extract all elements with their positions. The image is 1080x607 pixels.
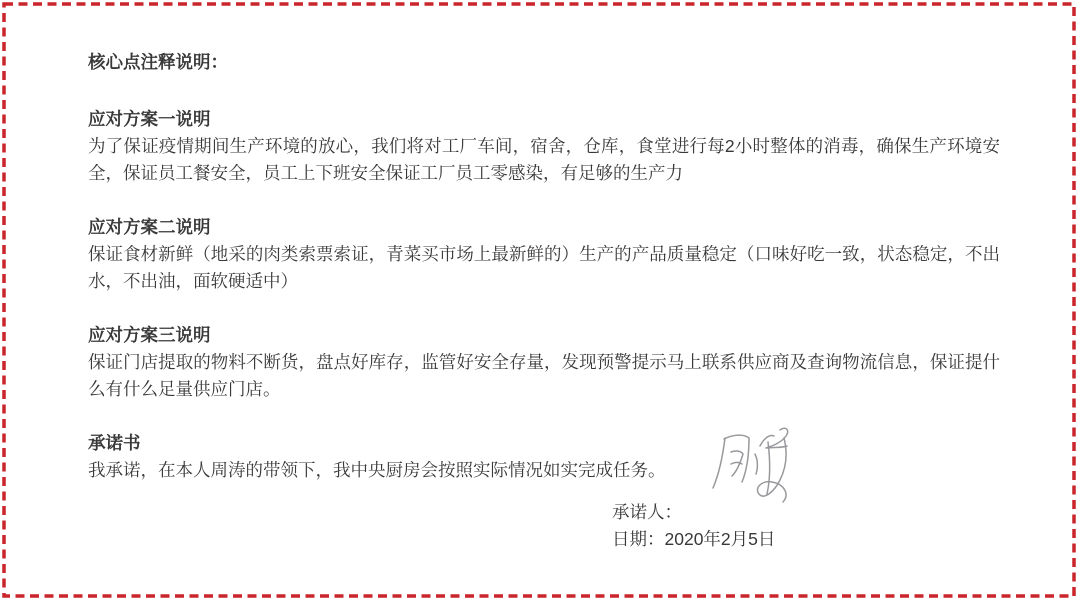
section-plan-3-heading: 应对方案三说明 bbox=[88, 322, 1000, 349]
section-plan-1: 应对方案一说明 为了保证疫情期间生产环境的放心，我们将对工厂车间，宿舍，仓库，食… bbox=[88, 106, 1000, 187]
signature-stroke bbox=[731, 463, 742, 465]
signature-stroke bbox=[755, 454, 757, 474]
commitment-heading: 承诺书 bbox=[88, 430, 1000, 457]
section-commitment: 承诺书 我承诺，在本人周涛的带领下，我中央厨房会按照实际情况如实完成任务。 bbox=[88, 430, 1000, 484]
signature-block: 承诺人： 日期：2020年2月5日 bbox=[612, 499, 775, 553]
document-content: 核心点注释说明： 应对方案一说明 为了保证疫情期间生产环境的放心，我们将对工厂车… bbox=[88, 49, 1000, 511]
signature-stroke bbox=[713, 438, 725, 488]
section-plan-1-body: 为了保证疫情期间生产环境的放心，我们将对工厂车间，宿舍，仓库，食堂进行每2小时整… bbox=[88, 133, 1000, 187]
commitment-body: 我承诺，在本人周涛的带领下，我中央厨房会按照实际情况如实完成任务。 bbox=[88, 457, 1000, 484]
section-plan-2-body: 保证食材新鲜（地采的肉类索票索证，青菜买市场上最新鲜的）生产的产品质量稳定（口味… bbox=[88, 241, 1000, 295]
signature-stroke bbox=[767, 442, 770, 494]
section-plan-2: 应对方案二说明 保证食材新鲜（地采的肉类索票索证，青菜买市场上最新鲜的）生产的产… bbox=[88, 214, 1000, 295]
section-plan-1-heading: 应对方案一说明 bbox=[88, 106, 1000, 133]
section-plan-2-heading: 应对方案二说明 bbox=[88, 214, 1000, 241]
signature-stroke bbox=[760, 435, 774, 446]
section-plan-3-body: 保证门店提取的物料不断货，盘点好库存，监管好安全存量，发现预警提示马上联系供应商… bbox=[88, 349, 1000, 403]
date-label: 日期：2020年2月5日 bbox=[612, 526, 775, 553]
document-page: 核心点注释说明： 应对方案一说明 为了保证疫情期间生产环境的放心，我们将对工厂车… bbox=[0, 0, 1080, 607]
document-title: 核心点注释说明： bbox=[88, 49, 1000, 76]
signer-label: 承诺人： bbox=[612, 499, 775, 526]
section-plan-3: 应对方案三说明 保证门店提取的物料不断货，盘点好库存，监管好安全存量，发现预警提… bbox=[88, 322, 1000, 403]
signature-stroke bbox=[724, 435, 749, 482]
